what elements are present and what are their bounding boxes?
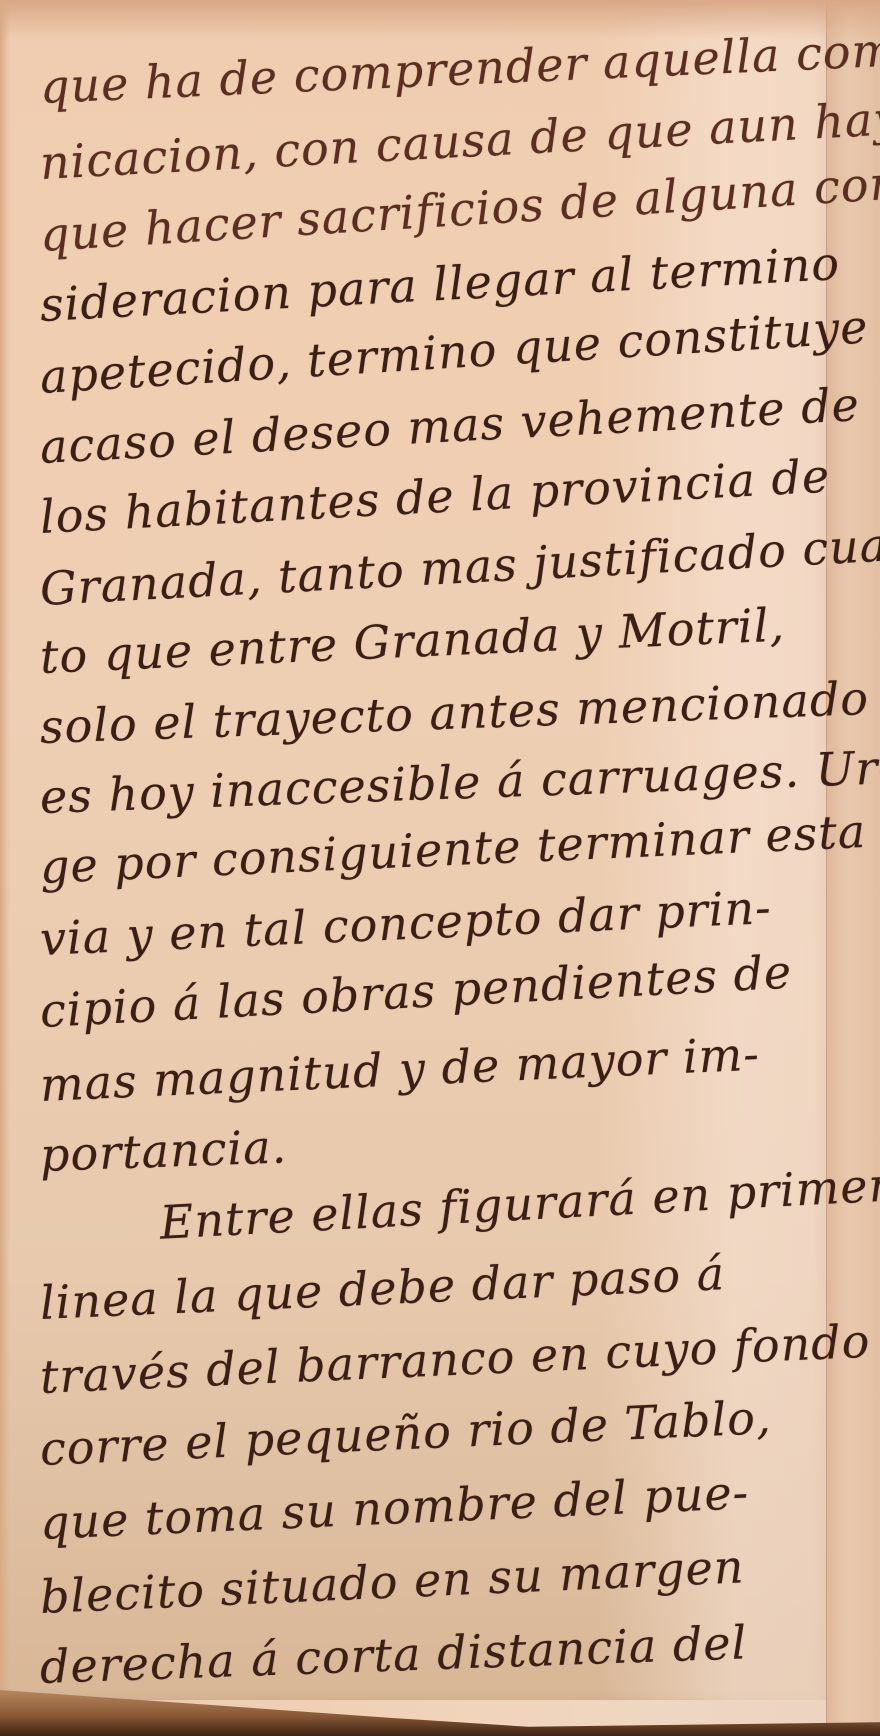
page-left-edge [0,0,10,1700]
text-line: portancia. [39,1119,288,1182]
